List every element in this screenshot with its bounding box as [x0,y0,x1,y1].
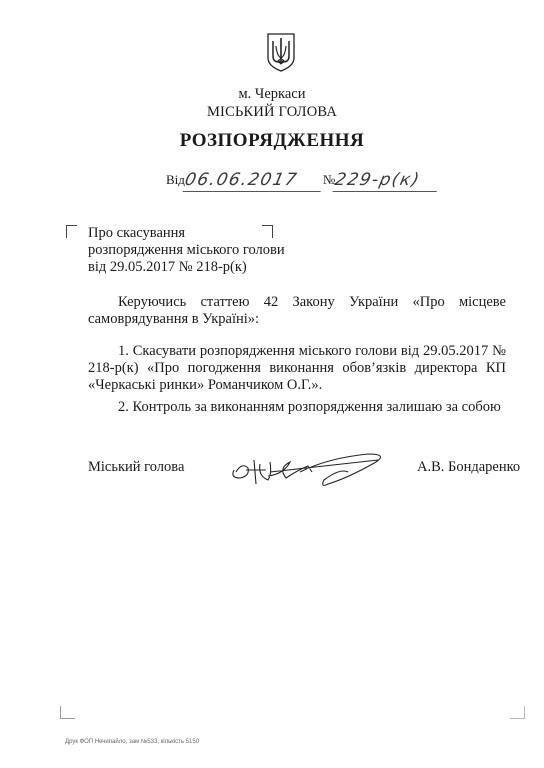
handwritten-date: 06.06.2017 [182,169,325,192]
subject-block: Про скасування розпорядження міського го… [88,225,285,276]
registration-mark-left [60,706,75,719]
handwritten-number: 229-р(к) [333,169,442,192]
authority-name: МІСЬКИЙ ГОЛОВА [0,104,544,121]
item-1-paragraph: 1. Скасувати розпорядження міського голо… [88,343,506,394]
registration-mark-right [510,706,525,719]
city-name: м. Черкаси [0,86,544,103]
subject-line-3: від 29.05.2017 № 218-р(к) [88,259,285,276]
coat-of-arms-icon [266,32,296,72]
subject-line-2: розпорядження міського голови [88,242,285,259]
signatory-name: А.В. Бондаренко [417,459,520,476]
document-title: РОЗПОРЯДЖЕННЯ [0,130,544,152]
date-number-line: Від 06.06.2017 № 229-р(к) [166,164,439,192]
item-2-paragraph: 2. Контроль за виконанням розпорядження … [118,399,501,416]
printer-footer: Друк ФОП Нечипайло, зам №533, кількість … [65,739,199,745]
preamble-paragraph: Керуючись статтею 42 Закону України «Про… [88,294,506,328]
signatory-role: Міський голова [88,459,184,476]
subject-bracket-left [66,225,77,238]
handwritten-signature-icon [228,448,388,493]
subject-line-1: Про скасування [88,225,285,242]
